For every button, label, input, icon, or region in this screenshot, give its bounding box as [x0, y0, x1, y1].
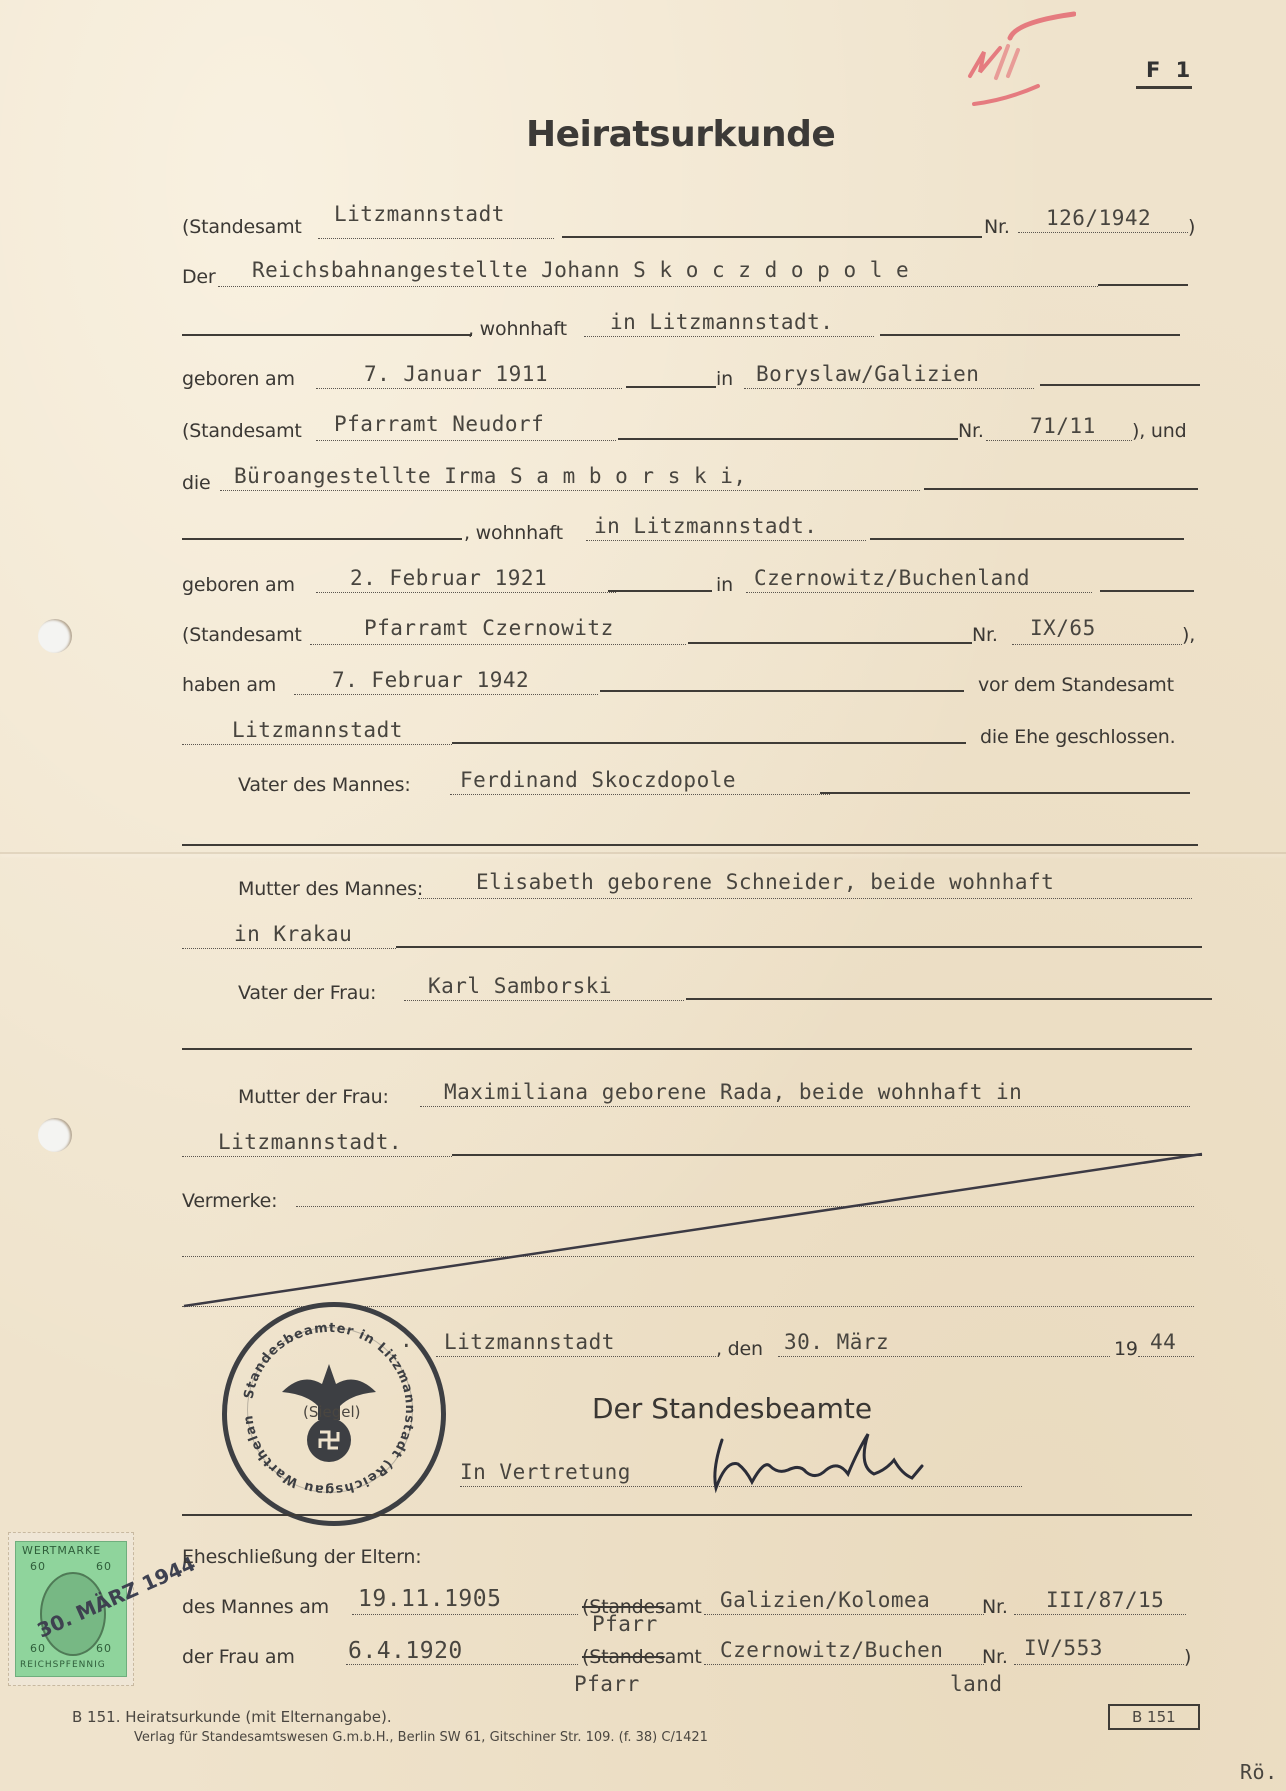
dotted-line — [310, 644, 686, 645]
dotted-line — [220, 490, 920, 491]
fill-line — [452, 742, 966, 744]
stamp-value: 60 — [30, 1560, 46, 1573]
dotted-line — [1014, 1614, 1186, 1615]
fill-line — [1098, 284, 1188, 286]
punch-hole — [38, 1118, 72, 1152]
stamp-top-text: WERTMARKE — [22, 1544, 101, 1557]
document-title: Heiratsurkunde — [526, 114, 835, 155]
label-die: die — [182, 472, 210, 494]
stamp-value: 60 — [96, 1560, 112, 1573]
marriage-place-value: Litzmannstadt — [232, 718, 403, 742]
label-nr: Nr. — [984, 216, 1010, 238]
dotted-line — [316, 592, 616, 593]
label-nr: Nr. — [982, 1596, 1008, 1618]
fill-line — [924, 488, 1198, 490]
fill-line — [1040, 384, 1200, 386]
dotted-line — [404, 1000, 684, 1001]
dotted-line — [1138, 1356, 1194, 1357]
dotted-line — [704, 1614, 984, 1615]
dotted-line — [316, 440, 616, 441]
parents-marriage-heading: Eheschließung der Eltern: — [182, 1546, 421, 1568]
footer-publisher: Verlag für Standesamtswesen G.m.b.H., Be… — [134, 1730, 708, 1745]
label-geboren-am: geboren am — [182, 574, 295, 596]
bride-name-value: Büroangestellte Irma S a m b o r s k i, — [234, 464, 747, 488]
issue-year-value: 44 — [1150, 1330, 1176, 1354]
mother-groom-value-line2: in Krakau — [234, 922, 352, 946]
seal-label: (Siegel) — [303, 1403, 361, 1421]
label-nr: Nr. — [982, 1646, 1008, 1668]
bride-parents-marriage-date: 6.4.1920 — [348, 1638, 463, 1664]
initials: Rö. — [1240, 1760, 1278, 1784]
dotted-line — [318, 238, 554, 239]
form-code-underline — [1136, 86, 1192, 89]
issue-date-value: 30. März — [784, 1330, 889, 1354]
groom-birth-date-value: 7. Januar 1911 — [364, 362, 548, 386]
dotted-line — [420, 1106, 1190, 1107]
issue-place-value: Litzmannstadt — [444, 1330, 615, 1354]
dotted-line — [418, 898, 1192, 899]
label-standesamt: (Standesamt — [182, 420, 302, 442]
label-in: in — [716, 368, 733, 390]
bride-birth-registry-value: Pfarramt Czernowitz — [364, 616, 614, 640]
label-vor-dem-standesamt: vor dem Standesamt — [978, 674, 1174, 696]
groom-birth-nr-value: 71/11 — [1030, 414, 1096, 438]
in-vertretung-value: In Vertretung — [460, 1460, 631, 1484]
struck-standes: (Standes — [582, 1646, 665, 1668]
fill-line — [562, 236, 982, 238]
dotted-line — [450, 794, 830, 795]
stamp-value: 60 — [96, 1642, 112, 1655]
groom-birth-place-value: Boryslaw/Galizien — [756, 362, 979, 386]
dotted-line — [586, 540, 866, 541]
label-mutter-des-mannes: Mutter des Mannes: — [238, 878, 423, 900]
label-haben-am: haben am — [182, 674, 276, 696]
dotted-line — [778, 1356, 1110, 1357]
form-code: F 1 — [1146, 58, 1194, 82]
amt-text: amt — [665, 1596, 702, 1618]
bride-residence-value: in Litzmannstadt. — [594, 514, 817, 538]
paren-close: ) — [1184, 1646, 1191, 1668]
bride-birth-nr-value: IX/65 — [1030, 616, 1096, 640]
dotted-line — [986, 440, 1132, 441]
fill-line — [182, 334, 472, 336]
dotted-line — [1014, 1664, 1184, 1665]
punch-hole — [38, 619, 72, 653]
label-standesamt: (Standesamt — [182, 216, 302, 238]
revenue-stamp: WERTMARKE REICHSPFENNIG 60 60 60 60 30. … — [8, 1532, 134, 1686]
dotted-line — [218, 286, 1098, 287]
fill-line — [396, 946, 1202, 948]
mother-bride-value-line1: Maximiliana geborene Rada, beide wohnhaf… — [444, 1080, 1022, 1104]
dotted-line — [352, 1614, 578, 1615]
stamp-value: 60 — [30, 1642, 46, 1655]
dotted-line — [182, 948, 396, 949]
dotted-line — [1012, 644, 1182, 645]
dotted-line — [1018, 232, 1188, 233]
label-vater-der-frau: Vater der Frau: — [238, 982, 376, 1004]
dotted-line — [436, 1356, 716, 1357]
father-groom-value: Ferdinand Skoczdopole — [460, 768, 736, 792]
section-divider — [182, 1514, 1192, 1516]
dot-mark: . — [400, 1328, 413, 1352]
label-des-mannes-am: des Mannes am — [182, 1596, 329, 1618]
fill-line — [686, 998, 1212, 1000]
father-bride-value: Karl Samborski — [428, 974, 612, 998]
amt-text: amt — [665, 1646, 702, 1668]
bride-birth-date-value: 2. Februar 1921 — [350, 566, 547, 590]
groom-parents-registry: Galizien/Kolomea — [720, 1588, 930, 1612]
dotted-line — [346, 1664, 578, 1665]
dotted-line — [182, 744, 452, 745]
fill-line — [600, 690, 964, 692]
registry-number-value: 126/1942 — [1046, 206, 1151, 230]
groom-parents-nr: III/87/15 — [1046, 1588, 1164, 1612]
fill-line — [870, 538, 1184, 540]
label-den: , den — [716, 1338, 763, 1360]
groom-parents-marriage-date: 19.11.1905 — [358, 1586, 501, 1612]
registry-office-value: Litzmannstadt — [334, 202, 505, 226]
label-mutter-der-frau: Mutter der Frau: — [238, 1086, 389, 1108]
label-in: in — [716, 574, 733, 596]
fill-line — [820, 792, 1190, 794]
red-pencil-mark — [966, 8, 1076, 108]
fill-line — [182, 538, 462, 540]
fill-line — [618, 438, 958, 440]
dotted-line — [294, 694, 598, 695]
label-standesamt: (Standesamt — [182, 624, 302, 646]
groom-registry-correction: Pfarr — [592, 1612, 658, 1636]
fill-line — [688, 642, 972, 644]
paren-close: ), — [1182, 624, 1195, 646]
groom-residence-value: in Litzmannstadt. — [610, 310, 833, 334]
form-number-box: B 151 — [1108, 1704, 1200, 1730]
label-nr: Nr. — [972, 624, 998, 646]
dotted-line — [316, 388, 622, 389]
label-und: ), und — [1132, 420, 1186, 442]
dotted-line — [704, 1664, 984, 1665]
fill-line — [608, 590, 712, 592]
groom-name-value: Reichsbahnangestellte Johann S k o c z d… — [252, 258, 909, 282]
year-prefix: 19 — [1114, 1338, 1138, 1360]
label-geboren-am: geboren am — [182, 368, 295, 390]
label-ehe-geschlossen: die Ehe geschlossen. — [980, 726, 1175, 748]
bride-parents-registry-cont: land — [950, 1672, 1003, 1696]
dotted-line — [584, 336, 874, 337]
label-nr: Nr. — [958, 420, 984, 442]
fill-line — [880, 334, 1180, 336]
bride-parents-nr: IV/553 — [1024, 1636, 1103, 1660]
mother-groom-value-line1: Elisabeth geborene Schneider, beide wohn… — [476, 870, 1054, 894]
signature — [708, 1420, 1008, 1500]
cancel-diagonal-line — [180, 1150, 1206, 1310]
dotted-line — [746, 592, 1092, 593]
dotted-line — [744, 388, 1034, 389]
paren-close: ) — [1188, 216, 1195, 238]
fill-line — [1100, 590, 1194, 592]
label-wohnhaft: , wohnhaft — [468, 318, 567, 340]
marriage-date-value: 7. Februar 1942 — [332, 668, 529, 692]
label-der-frau-am: der Frau am — [182, 1646, 295, 1668]
bride-parents-registry: Czernowitz/Buchen — [720, 1638, 943, 1662]
bride-birth-place-value: Czernowitz/Buchenland — [754, 566, 1030, 590]
paper-fold — [0, 852, 1286, 854]
fill-line — [182, 1048, 1192, 1050]
groom-birth-registry-value: Pfarramt Neudorf — [334, 412, 544, 436]
label-der: Der — [182, 266, 216, 288]
fill-line — [626, 386, 716, 388]
label-wohnhaft: , wohnhaft — [464, 522, 563, 544]
bride-registry-correction: Pfarr — [574, 1672, 640, 1696]
stamp-bottom-text: REICHSPFENNIG — [20, 1660, 106, 1670]
bride-registry-prefix: (Standesamt — [582, 1646, 702, 1668]
footer-form-line: B 151. Heiratsurkunde (mit Elternangabe)… — [72, 1708, 392, 1726]
fill-line — [182, 844, 1198, 846]
label-vater-des-mannes: Vater des Mannes: — [238, 774, 411, 796]
